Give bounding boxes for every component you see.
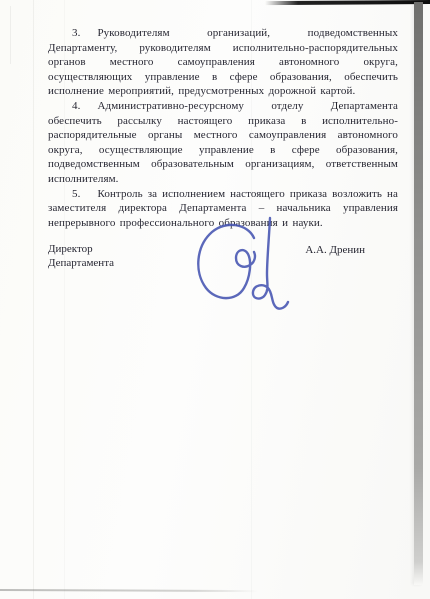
paragraph-3: 3.Руководителям организаций, подведомств… [48, 26, 398, 99]
signer-name: А.А. Дренин [305, 244, 365, 258]
paragraph-4: 4.Административно-ресурсному отделу Депа… [48, 99, 398, 187]
scan-edge-bottom [0, 589, 258, 592]
signer-title-line1: Директор [48, 243, 114, 257]
signer-title-line2: Департамента [48, 257, 114, 271]
scan-edge-right [414, 2, 423, 585]
paper-crease [10, 6, 11, 64]
paper-crease [33, 0, 34, 599]
paragraph-text: Руководителям организаций, подведомствен… [48, 27, 398, 97]
handwritten-signature-ink [192, 216, 292, 314]
paragraph-number: 4. [72, 100, 97, 112]
scan-edge-top [265, 0, 430, 5]
paragraph-text: Административно-ресурсному отделу Департ… [48, 100, 398, 185]
signer-title: Директор Департамента [48, 243, 114, 271]
scanned-document-page: 3.Руководителям организаций, подведомств… [0, 0, 430, 599]
paragraph-number: 5. [72, 188, 97, 200]
paragraph-number: 3. [72, 27, 97, 39]
document-body: 3.Руководителям организаций, подведомств… [48, 26, 398, 230]
